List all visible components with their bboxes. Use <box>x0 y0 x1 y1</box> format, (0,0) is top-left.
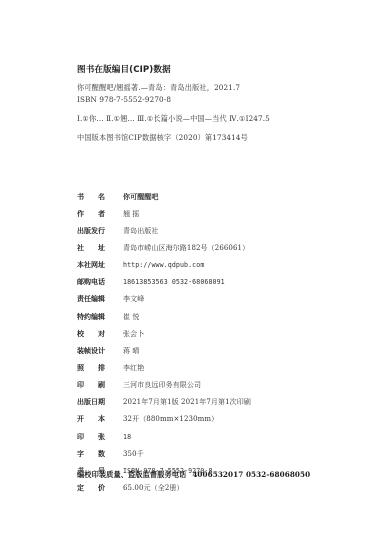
colophon-label-text: 照 <box>77 363 84 373</box>
colophon-label-text: 邮购电话 <box>77 277 105 287</box>
quality-hotline: 编校印装质量、盗版监督服务电话4006532017 0532-68068050 <box>77 470 310 480</box>
colophon-label-text: 出版日期 <box>77 397 105 407</box>
colophon-label-text: 校 <box>77 329 84 339</box>
colophon-row: 校对张会卜 <box>77 328 144 339</box>
colophon-label-text: 作 <box>77 209 84 219</box>
cip-classification-line: Ⅰ.①你… Ⅱ.①翘… Ⅲ.①长篇小说—中国—当代 Ⅳ.①I247.5 <box>77 114 270 124</box>
colophon-value: 你可醒醒吧 <box>123 192 159 202</box>
colophon-value: 65.00元（全2册） <box>123 483 184 493</box>
colophon-label-text: 刷 <box>98 380 105 390</box>
colophon-row: 印张18 <box>77 431 131 442</box>
cip-verification-line: 中国版本图书馆CIP数据核字（2020）第173414号 <box>77 133 248 143</box>
colophon-row: 书名你可醒醒吧 <box>77 191 159 202</box>
quality-hotline-phones: 4006532017 0532-68068050 <box>192 470 310 479</box>
colophon-label-text: 本 <box>98 414 105 424</box>
colophon-value: 蒋 晴 <box>123 346 140 356</box>
colophon-label-text: 本社网址 <box>77 260 105 270</box>
colophon-value: 32开（880mm×1230mm） <box>123 414 218 424</box>
colophon-row: 装帧设计蒋 晴 <box>77 345 140 356</box>
colophon-label-text: 对 <box>98 329 105 339</box>
colophon-row: 印刷三河市良远印务有限公司 <box>77 380 201 391</box>
colophon-label-text: 责任编辑 <box>77 294 105 304</box>
colophon-value: http://www.qdpub.com <box>123 261 204 269</box>
colophon-label: 定价 <box>77 483 105 493</box>
colophon-label-text: 开 <box>77 414 84 424</box>
colophon-label-text: 装帧设计 <box>77 346 105 356</box>
colophon-row: 出版发行青岛出版社 <box>77 225 159 236</box>
colophon-label-text: 印 <box>77 432 84 442</box>
colophon-label-text: 排 <box>98 363 105 373</box>
colophon-value: 张会卜 <box>123 329 144 339</box>
colophon-value: 三河市良远印务有限公司 <box>123 380 201 390</box>
colophon-value: 翘 摇 <box>123 209 140 219</box>
colophon-label: 社址 <box>77 243 105 253</box>
colophon-value: 18 <box>123 433 131 441</box>
colophon-label-text: 印 <box>77 380 84 390</box>
colophon-label: 印刷 <box>77 380 105 390</box>
colophon-row: 字数350千 <box>77 448 144 459</box>
colophon-value: 18613853563 0532-68068091 <box>123 278 225 286</box>
colophon-value: 青岛出版社 <box>123 226 159 236</box>
colophon-row: 定价65.00元（全2册） <box>77 483 184 494</box>
colophon-label-text: 址 <box>98 243 105 253</box>
colophon-label: 校对 <box>77 329 105 339</box>
colophon-row: 照排李红艳 <box>77 363 144 374</box>
colophon-label: 字数 <box>77 449 105 459</box>
cip-bibliographic-line: 你可醒醒吧/翘摇著.—青岛：青岛出版社，2021.7 <box>77 83 240 93</box>
colophon-value: 李文峰 <box>123 294 144 304</box>
colophon-label-text: 定 <box>77 483 84 493</box>
colophon-label-text: 价 <box>98 483 105 493</box>
colophon-row: 出版日期2021年7月第1版 2021年7月第1次印刷 <box>77 397 251 408</box>
colophon-value: 2021年7月第1版 2021年7月第1次印刷 <box>123 397 251 407</box>
colophon-row: 开本32开（880mm×1230mm） <box>77 414 218 425</box>
colophon-label: 特约编辑 <box>77 312 117 322</box>
colophon-row: 特约编辑崔 悦 <box>77 311 140 322</box>
colophon-row: 作者翘 摇 <box>77 208 140 219</box>
colophon-label: 出版日期 <box>77 397 117 407</box>
colophon-label: 邮购电话 <box>77 277 117 287</box>
colophon-label: 作者 <box>77 209 105 219</box>
colophon-row: 本社网址http://www.qdpub.com <box>77 260 204 271</box>
colophon-value: 崔 悦 <box>123 312 140 322</box>
colophon-label-text: 社 <box>77 243 84 253</box>
colophon-value: 李红艳 <box>123 363 144 373</box>
colophon-label: 印张 <box>77 432 105 442</box>
colophon-label: 书名 <box>77 192 105 202</box>
colophon-label-text: 张 <box>98 432 105 442</box>
colophon-label-text: 出版发行 <box>77 226 105 236</box>
copyright-page: 图书在版编目(CIP)数据 你可醒醒吧/翘摇著.—青岛：青岛出版社，2021.7… <box>0 0 375 543</box>
colophon-row: 邮购电话18613853563 0532-68068091 <box>77 277 225 288</box>
colophon-label: 装帧设计 <box>77 346 117 356</box>
colophon-value: 青岛市崂山区海尔路182号（266061） <box>123 243 249 253</box>
colophon-row: 责任编辑李文峰 <box>77 294 144 305</box>
colophon-label: 照排 <box>77 363 105 373</box>
colophon-label: 出版发行 <box>77 226 117 236</box>
colophon-label: 本社网址 <box>77 260 117 270</box>
colophon-label-text: 字 <box>77 449 84 459</box>
colophon-label-text: 者 <box>98 209 105 219</box>
cip-isbn-line: ISBN 978-7-5552-9270-8 <box>77 95 171 104</box>
colophon-value: 350千 <box>123 449 144 459</box>
colophon-label-text: 数 <box>98 449 105 459</box>
colophon-label-text: 名 <box>98 192 105 202</box>
colophon-label: 开本 <box>77 414 105 424</box>
colophon-row: 社址青岛市崂山区海尔路182号（266061） <box>77 242 249 253</box>
colophon-label-text: 书 <box>77 192 84 202</box>
cip-title: 图书在版编目(CIP)数据 <box>77 63 171 75</box>
colophon-label-text: 特约编辑 <box>77 312 105 322</box>
colophon-label: 责任编辑 <box>77 294 117 304</box>
quality-hotline-text: 编校印装质量、盗版监督服务电话 <box>77 470 186 479</box>
